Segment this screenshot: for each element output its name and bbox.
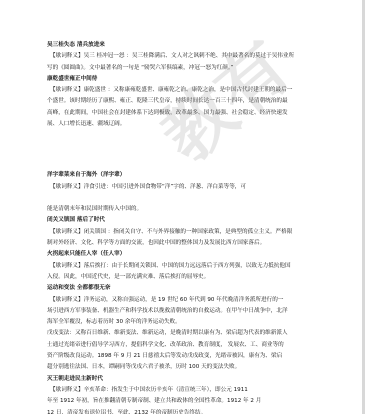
section-title: 洋字辈菜来自于海外（洋字辈） (47, 170, 322, 181)
section-text: 海军全军覆没，标志着历时 30 余年的洋务运动失败。 (47, 317, 322, 328)
section-text: 写的《圆圆曲》。文中最著名的一句是 “恸哭六军俱缟素，冲冠一怒为红颜。” (47, 63, 322, 74)
section-title: 康乾盛世雍正中间待 (47, 74, 322, 85)
section-text: 个盛世。该时期经历了康熙、雍正、乾隆三代皇帝，持续时间长达一百三十四年，是清朝统… (47, 96, 322, 107)
section-text: 【歇词释义】洋食引进：中国引进外国食物带“洋”字的、洋葱、洋白菜等等，可 (47, 182, 322, 193)
section-text: 年至 1912 年初，旨在推翻清朝专制帝制、建立共和政体的全国性革命。1912 … (47, 396, 322, 407)
spacer (47, 153, 322, 164)
document-page: 吴三桂失态 清兵放进来 【歇词释义】吴三 桂冲冠一怒 ：吴三桂降满后、文人对之讽… (0, 0, 362, 414)
section-text: 资产阶级改良运动。1898 年 9 月 21 日慈禧太后等发动戊戌政变，光绪帝被… (47, 351, 322, 362)
section-text: 能是清朝末年和民国时期传入中国的。 (47, 204, 322, 215)
section-text: 场引进西方军事装备、机器生产和科学技术以挽救清朝统治的自救运动。在甲午中日战争中… (47, 306, 322, 317)
section-text: 【歇词释义】吴三 桂冲冠一怒 ：吴三桂降满后、文人对之讽刺不绝、其中最著名的莫过… (47, 51, 322, 62)
document-content: 吴三桂失态 清兵放进来 【歇词释义】吴三 桂冲冠一怒 ：吴三桂降满后、文人对之讽… (47, 40, 322, 414)
section-text: 【歇词释义】落后挨打：由于长期闭关锁国、中国的国力远远落后于西方列强，以致无力抵… (47, 261, 322, 272)
section-title: 闭关又锁国 落后了时代 (47, 215, 322, 226)
section-title: 灭王朝走进民主新时代 (47, 374, 322, 385)
section-text: 【歇词释义】辛亥革命：指发生于中国农历辛亥年（清宣统三年），即公元 1911 (47, 385, 322, 396)
section-text: 【歇词释义】康乾盛世 ：又称康雍乾盛世、康雍乾之治、康乾之治，是中国古代封建王朝… (47, 85, 322, 96)
section-text: 戊戌变法：又称百日维新、维新变法、维新运动，是晚清时期以康有为、梁启超为代表的维… (47, 328, 322, 339)
section-text: 入侵。因此，中国近代史，是一部充满灾难、落后挨打的屈辱史。 (47, 272, 322, 283)
section-text: 12 日，清帝发布退位诏书，至此，2132 年的帝制历史告终结。 (47, 408, 322, 414)
section-title: 火拐起来只能任人宰（任人宰） (47, 249, 322, 260)
section-text: 制对外经济、文化、科学等方面的交流，也因此中国的整体国力及发展比西方国家落后。 (47, 238, 322, 249)
spacer (47, 142, 322, 153)
section-text: 展、人口增长迅速、疆域辽阔。 (47, 119, 322, 130)
section-text: 【歇词释义】闭关锁国 ：指闭关自守、不与外界接触的一种国家政策，是典型的孤立主义… (47, 227, 322, 238)
section-title: 吴三桂失态 清兵放进来 (47, 40, 322, 51)
section-text: 高峰，在此期间，中国社会在封建体系下达到极致，改革最多、国力最强、社会稳定、经济… (47, 108, 322, 119)
section-text: 【歇词释义】洋务运动，又称自强运动，是 19 世纪 60 年代到 90 年代晚清… (47, 295, 322, 306)
spacer (47, 130, 322, 141)
section-text: 超分别逃往法国、日本，谭嗣同等戊戌六君子被杀，历时 100 天的变法失败。 (47, 362, 322, 373)
section-text (47, 193, 322, 204)
section-title: 运动和变法 全都都很无奈 (47, 283, 322, 294)
section-text: 士通过光绪帝进行倡导学习西方，提倡科学文化、改革政治、教育制度， 发展农、工、商… (47, 340, 322, 351)
